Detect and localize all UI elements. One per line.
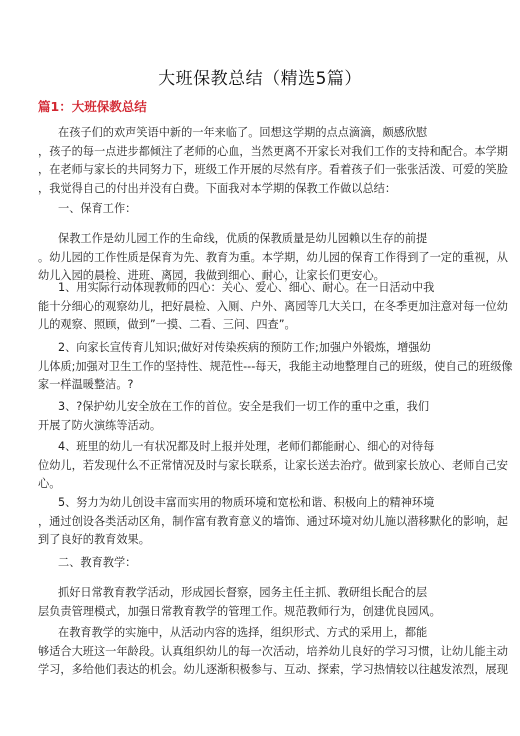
- paragraph-item-3: 3、?保护幼儿安全放在工作的首位。安全是我们一切工作的重中之重，我们 开展了防火…: [38, 398, 490, 435]
- text-line: ，孩子的每一点进步都倾注了老师的心血，当然更离不开家长对我们工作的支持和配合。本…: [38, 143, 490, 162]
- text-line: 1、用实际行动体现教师的四心：关心、爱心、细心、耐心。在一日活动中我: [38, 279, 490, 298]
- paragraph-intro: 在孩子们的欢声笑语中新的一年来临了。回想这学期的点点滴滴，颇感欣慰 ，孩子的每一…: [38, 124, 490, 198]
- text-line: 抓好日常教育教学活动，形成园长督察，园务主任主抓、教研组长配合的层: [38, 584, 490, 603]
- text-line: 一、保育工作：: [38, 200, 490, 219]
- text-line: 4、班里的幼儿一有状况都及时上报并处理，老师们都能耐心、细心的对待每: [38, 438, 490, 457]
- text-line: ，通过创设各类活动区角，制作富有教育意义的墙饰、通过环境对幼儿施以潜移默化的影响…: [38, 513, 490, 532]
- subheading-teaching: 二、教育教学：: [38, 554, 490, 573]
- paragraph-care-intro: 保教工作是幼儿园工作的生命线，优质的保教质量是幼儿园赖以生存的前提 。幼儿园的工…: [38, 230, 490, 286]
- text-line: 儿的观察、照顾，做到”一摸、二看、三问、四查”。: [38, 316, 490, 335]
- text-line: 二、教育教学：: [38, 554, 490, 573]
- text-line: 保教工作是幼儿园工作的生命线，优质的保教质量是幼儿园赖以生存的前提: [38, 230, 490, 249]
- text-line: 在教育教学的实施中，从活动内容的选择，组织形式、方式的采用上，都能: [38, 624, 490, 643]
- text-line: 5、努力为幼儿创设丰富而实用的物质环境和宽松和谐、积极向上的精神环境: [38, 494, 490, 513]
- text-line: 到了良好的教育效果。: [38, 531, 490, 550]
- paragraph-item-2: 2、向家长宣传育儿知识;做好对传染疾病的预防工作;加强户外锻炼，增强幼 儿体质;…: [38, 339, 490, 395]
- paragraph-item-5: 5、努力为幼儿创设丰富而实用的物质环境和宽松和谐、积极向上的精神环境 ，通过创设…: [38, 494, 490, 550]
- text-line: 开展了防火演练等活动。: [38, 417, 490, 436]
- document-title: 大班保教总结（精选5篇）: [0, 69, 520, 89]
- text-line: 能十分细心的观察幼儿，把好晨检、入厕、户外、离园等几大关口，在冬季更加注意对每一…: [38, 298, 490, 317]
- text-line: 学习，多给他们表达的机会。幼儿逐渐积极参与、互动、探索，学习热情较以往越发浓烈，…: [38, 661, 490, 680]
- text-line: ，在老师与家长的共同努力下，班级工作开展的尽然有序。看着孩子们一张张活泼、可爱的…: [38, 161, 490, 180]
- text-line: 家一样温暖整洁。?: [38, 376, 490, 395]
- text-line: 3、?保护幼儿安全放在工作的首位。安全是我们一切工作的重中之重，我们: [38, 398, 490, 417]
- text-line: 心。: [38, 475, 490, 494]
- text-line: 层负责管理模式，加强日常教育教学的管理工作。规范教师行为，创建优良园风。: [38, 603, 490, 622]
- text-line: 位幼儿，若发现什么不正常情况及时与家长联系，让家长送去治疗。做到家长放心、老师自…: [38, 457, 490, 476]
- paragraph-item-4: 4、班里的幼儿一有状况都及时上报并处理，老师们都能耐心、细心的对待每 位幼儿，若…: [38, 438, 490, 494]
- section-heading: 篇1：大班保教总结: [38, 99, 147, 115]
- text-line: 儿体质;加强对卫生工作的坚持性、规范性---每天，我能主动地整理自己的班级，使自…: [38, 358, 490, 377]
- paragraph-item-1: 1、用实际行动体现教师的四心：关心、爱心、细心、耐心。在一日活动中我 能十分细心…: [38, 279, 490, 335]
- text-line: 在孩子们的欢声笑语中新的一年来临了。回想这学期的点点滴滴，颇感欣慰: [38, 124, 490, 143]
- subheading-care-work: 一、保育工作：: [38, 200, 490, 219]
- paragraph-teaching-management: 抓好日常教育教学活动，形成园长督察，园务主任主抓、教研组长配合的层 层负责管理模…: [38, 584, 490, 621]
- text-line: 。幼儿园的工作性质是保育为先、教育为重。本学期，幼儿园的保育工作得到了一定的重视…: [38, 249, 490, 268]
- document-page: 大班保教总结（精选5篇） 篇1：大班保教总结 在孩子们的欢声笑语中新的一年来临了…: [0, 0, 520, 736]
- paragraph-teaching-implementation: 在教育教学的实施中，从活动内容的选择，组织形式、方式的采用上，都能 够适合大班这…: [38, 624, 490, 680]
- text-line: ，我觉得自己的付出并没有白费。下面我对本学期的保教工作做以总结：: [38, 180, 490, 199]
- text-line: 2、向家长宣传育儿知识;做好对传染疾病的预防工作;加强户外锻炼，增强幼: [38, 339, 490, 358]
- text-line: 够适合大班这一年龄段。认真组织幼儿的每一次活动，培养幼儿良好的学习习惯，让幼儿能…: [38, 643, 490, 662]
